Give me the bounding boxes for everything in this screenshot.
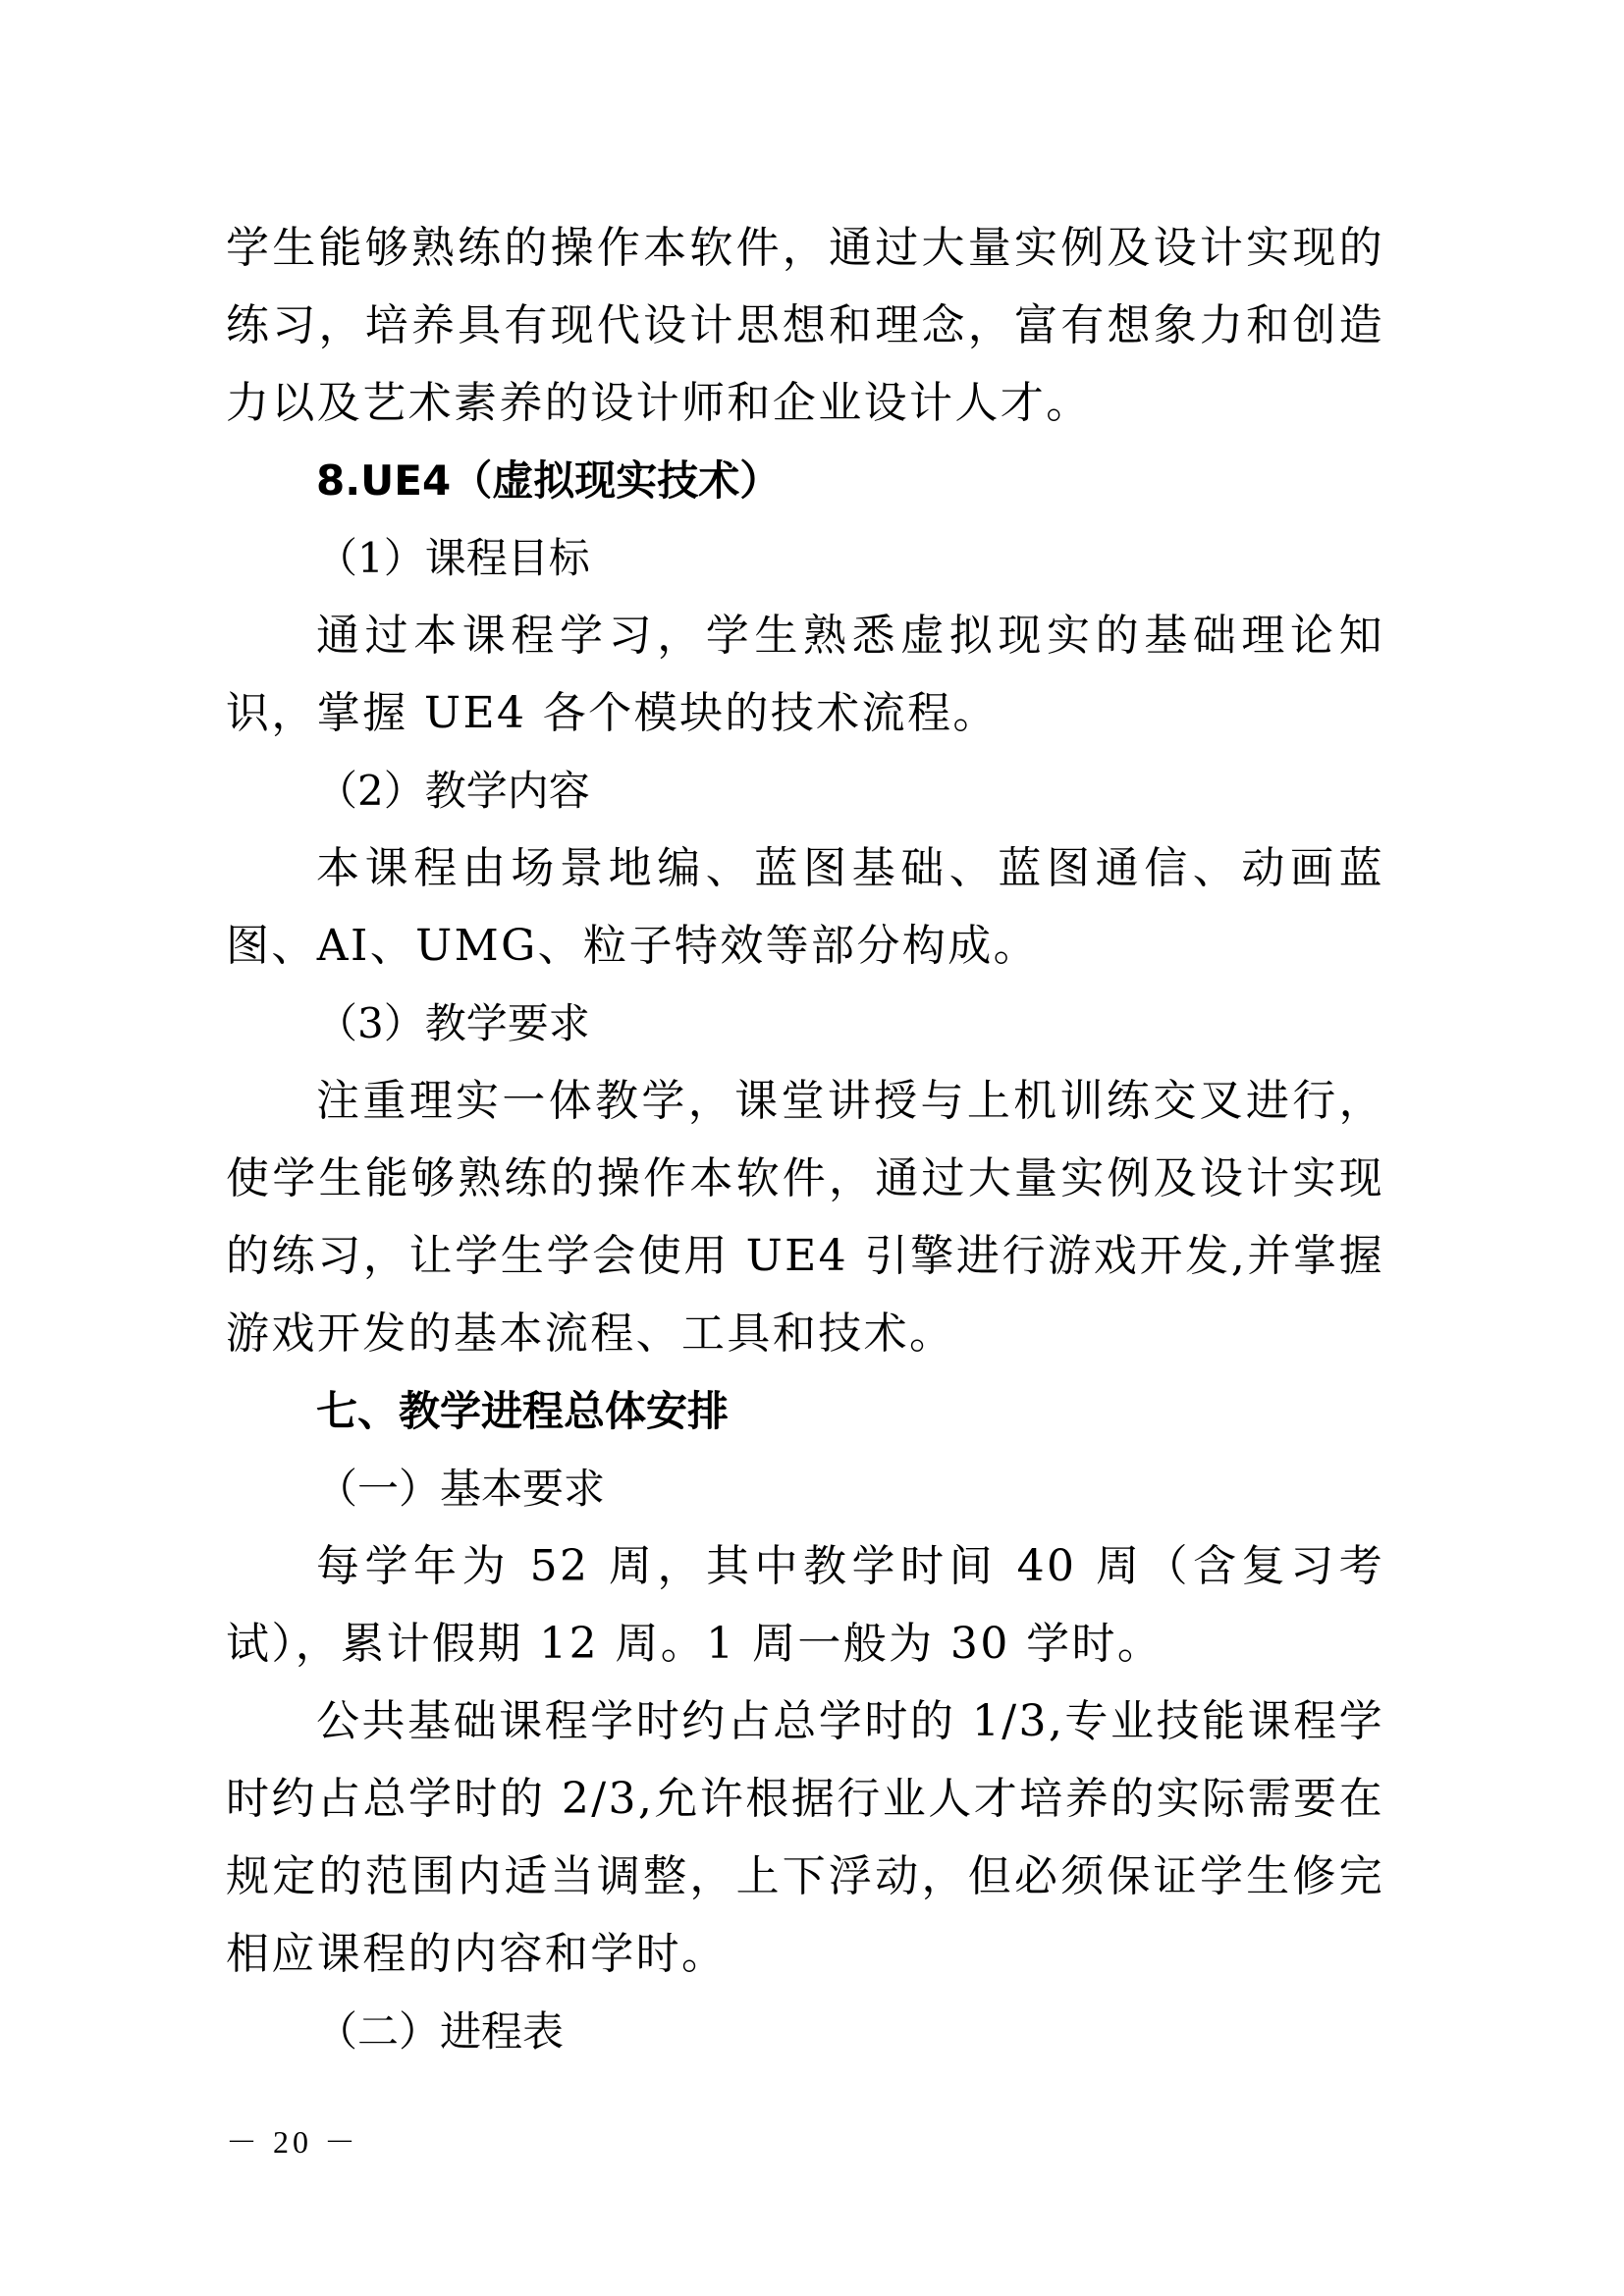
page-number: － 20 －: [226, 2122, 359, 2162]
continuation-paragraph: 学生能够熟练的操作本软件，通过大量实例及设计实现的练习，培养具有现代设计思想和理…: [226, 209, 1384, 442]
basic-requirements-text-2: 公共基础课程学时约占总学时的 1/3,专业技能课程学时约占总学时的 2/3,允许…: [226, 1682, 1384, 1993]
teaching-requirement-heading: （3）教学要求: [226, 985, 1384, 1062]
section-7-title: 七、教学进程总体安排: [226, 1372, 1384, 1450]
course-8-title: 8.UE4（虚拟现实技术）: [226, 442, 1384, 519]
basic-requirements-text-1: 每学年为 52 周，其中教学时间 40 周（含复习考试），累计假期 12 周。1…: [226, 1527, 1384, 1682]
schedule-heading: （二）进程表: [226, 1993, 1384, 2070]
teaching-content-heading: （2）教学内容: [226, 752, 1384, 829]
course-objective-text: 通过本课程学习，学生熟悉虚拟现实的基础理论知识，掌握 UE4 各个模块的技术流程…: [226, 597, 1384, 752]
basic-requirements-heading: （一）基本要求: [226, 1450, 1384, 1527]
course-objective-heading: （1）课程目标: [226, 519, 1384, 597]
teaching-requirement-text: 注重理实一体教学，课堂讲授与上机训练交叉进行，使学生能够熟练的操作本软件，通过大…: [226, 1062, 1384, 1372]
document-page: 学生能够熟练的操作本软件，通过大量实例及设计实现的练习，培养具有现代设计思想和理…: [226, 209, 1384, 2070]
teaching-content-text: 本课程由场景地编、蓝图基础、蓝图通信、动画蓝图、AI、UMG、粒子特效等部分构成…: [226, 829, 1384, 985]
